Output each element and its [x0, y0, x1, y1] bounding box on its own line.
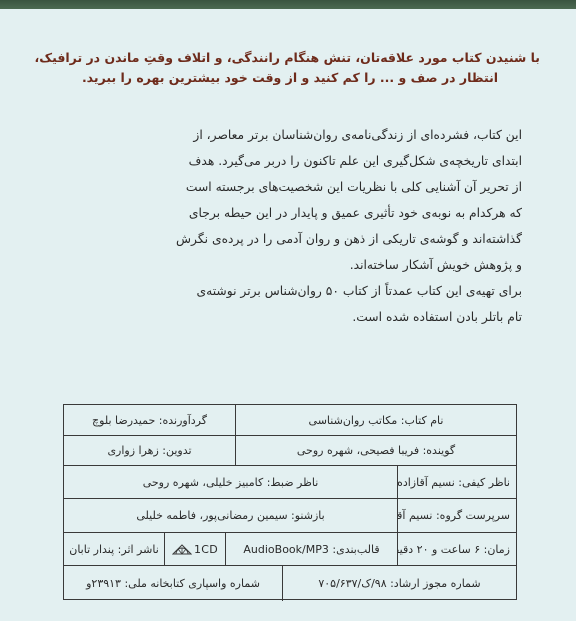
format-cell: قالب‌بندی: AudioBook/MP3 [225, 533, 397, 565]
credits-table: نام کتاب: مکاتب روان‌شناسی گردآورنده: حم… [63, 404, 517, 600]
editing: تدوین: زهرا زواری [107, 444, 191, 457]
description-line: گذاشته‌اند و گوشه‌ی تاریکی از ذهن و روان… [118, 226, 522, 252]
compiler: گردآورنده: حمیدرضا بلوچ [92, 414, 207, 427]
book-title: نام کتاب: مکاتب روان‌شناسی [309, 414, 444, 427]
publisher-cell: ناشر اثر: پندار تابان [64, 533, 164, 565]
credits-row: سرپرست گروه: نسیم آقازاده بازشنو: سیمین … [64, 499, 516, 533]
media-cell: 1CD [164, 533, 225, 565]
duration: زمان: ۶ ساعت و ۲۰ دقیقه [397, 543, 510, 556]
recording-supervisor: ناظر ضبط: کامبیز خلیلی، شهره روحی [143, 476, 319, 489]
description-line: و پژوهش خویش آشکار ساخته‌اند. [118, 252, 522, 278]
credits-row: زمان: ۶ ساعت و ۲۰ دقیقه قالب‌بندی: Audio… [64, 533, 516, 566]
headline-line-2: انتظار در صف و ... را کم کنید و از وقت خ… [40, 68, 540, 88]
headline-line-1: با شنیدن کتاب مورد علاقه‌تان، تنش هنگام … [40, 48, 540, 68]
credits-row: شماره مجوز ارشاد: ۹۸/ک/۷۰۵/۶۳۷ شماره واس… [64, 566, 516, 601]
format: قالب‌بندی: AudioBook/MP3 [243, 543, 379, 556]
description-line: این کتاب، فشرده‌ای از زندگی‌نامه‌ی روان‌… [118, 122, 522, 148]
group-supervisor: سرپرست گروه: نسیم آقازاده [397, 509, 510, 522]
editing-cell: تدوین: زهرا زواری [64, 436, 235, 465]
credits-row: گوینده: فریبا فصیحی، شهره روحی تدوین: زه… [64, 436, 516, 466]
top-border-strip [0, 0, 576, 9]
proofreaders: بازشنو: سیمین رمضانی‌پور، فاطمه خلیلی [136, 509, 324, 522]
description-line: از تحریر آن آشنایی کلی با نظریات این شخص… [118, 174, 522, 200]
description-line: تام باتلر بادن استفاده شده است. [118, 304, 522, 330]
media-count: 1CD [194, 543, 218, 556]
proofreaders-cell: بازشنو: سیمین رمضانی‌پور، فاطمه خلیلی [64, 499, 397, 532]
promo-headline: با شنیدن کتاب مورد علاقه‌تان، تنش هنگام … [40, 48, 540, 88]
credits-row: نام کتاب: مکاتب روان‌شناسی گردآورنده: حم… [64, 405, 516, 436]
compiler-cell: گردآورنده: حمیدرضا بلوچ [64, 405, 235, 435]
narrators: گوینده: فریبا فصیحی، شهره روحی [297, 444, 455, 457]
quality-supervisor-cell: ناظر کیفی: نسیم آقازاده [397, 466, 516, 498]
narrators-cell: گوینده: فریبا فصیحی، شهره روحی [235, 436, 516, 465]
national-library-number-cell: شماره واسپاری کتابخانه ملی: ۲۳۹۱۳و [64, 566, 282, 601]
book-description: این کتاب، فشرده‌ای از زندگی‌نامه‌ی روان‌… [118, 122, 522, 330]
license-number-cell: شماره مجوز ارشاد: ۹۸/ک/۷۰۵/۶۳۷ [282, 566, 516, 601]
license-number: شماره مجوز ارشاد: ۹۸/ک/۷۰۵/۶۳۷ [318, 577, 480, 590]
description-line: برای تهیه‌ی این کتاب عمدتاً از کتاب ۵۰ ر… [118, 278, 522, 304]
cd-logo: 1CD [172, 543, 218, 556]
credits-row: ناظر کیفی: نسیم آقازاده ناظر ضبط: کامبیز… [64, 466, 516, 499]
quality-supervisor: ناظر کیفی: نسیم آقازاده [397, 476, 510, 489]
publisher: ناشر اثر: پندار تابان [69, 543, 159, 556]
group-supervisor-cell: سرپرست گروه: نسیم آقازاده [397, 499, 516, 532]
duration-cell: زمان: ۶ ساعت و ۲۰ دقیقه [397, 533, 516, 565]
description-line: که هرکدام به نوبه‌ی خود تأثیری عمیق و پا… [118, 200, 522, 226]
national-library-number: شماره واسپاری کتابخانه ملی: ۲۳۹۱۳و [86, 577, 260, 590]
cd-disc-logo-icon [172, 544, 192, 555]
recording-supervisor-cell: ناظر ضبط: کامبیز خلیلی، شهره روحی [64, 466, 397, 498]
book-title-cell: نام کتاب: مکاتب روان‌شناسی [235, 405, 516, 435]
description-line: ابتدای تاریخچه‌ی شکل‌گیری این علم تاکنون… [118, 148, 522, 174]
